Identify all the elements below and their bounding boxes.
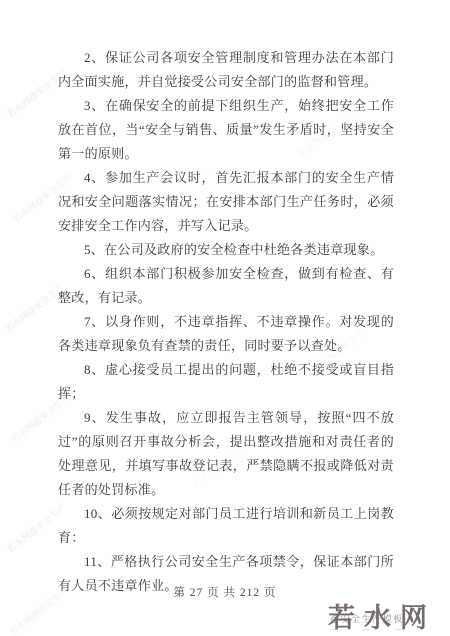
logo-overlay-text: @安全生产模板: [330, 612, 404, 625]
document-body: 2、保证公司各项安全管理制度和管理办法在本部门内全面实施，并自觉接受公司安全部门…: [58, 46, 394, 598]
paragraph: 9、发生事故，应立即报告主管领导，按照“四不放过”的原则召开事故分析会，提出整改…: [58, 406, 394, 502]
paragraph: 10、必须按规定对部门员工进行培训和新员工上岗教育：: [58, 502, 394, 550]
logo-underline-marks: — — —: [330, 625, 415, 633]
paragraph: 2、保证公司各项安全管理制度和管理办法在本部门内全面实施，并自觉接受公司安全部门…: [58, 46, 394, 94]
paragraph: 3、在确保安全的前提下组织生产，始终把安全工作放在首位，当“安全与销售、质量”发…: [58, 94, 394, 166]
document-page: 若水网@安全生产若水网@安全生产若水网@安全生产若水网@安全生产若水网@安全生产…: [0, 0, 450, 636]
paragraph: 8、虚心接受员工提出的问题，杜绝不接受或盲目指挥；: [58, 358, 394, 406]
paragraph: 6、组织本部门积极参加安全检查，做到有检查、有整改，有记录。: [58, 262, 394, 310]
paragraph: 5、在公司及政府的安全检查中杜绝各类违章现象。: [58, 238, 394, 262]
page-number: 第 27 页 共 212 页: [173, 587, 276, 599]
paragraph: 7、以身作则，不违章指挥、不违章操作。对发现的各类违章现象负有查禁的责任，同时要…: [58, 310, 394, 358]
paragraph: 4、参加生产会议时，首先汇报本部门的安全生产情况和安全问题落实情况；在安排本部门…: [58, 166, 394, 238]
site-logo-watermark: 若水网 @安全生产模板 — — —: [328, 596, 446, 634]
